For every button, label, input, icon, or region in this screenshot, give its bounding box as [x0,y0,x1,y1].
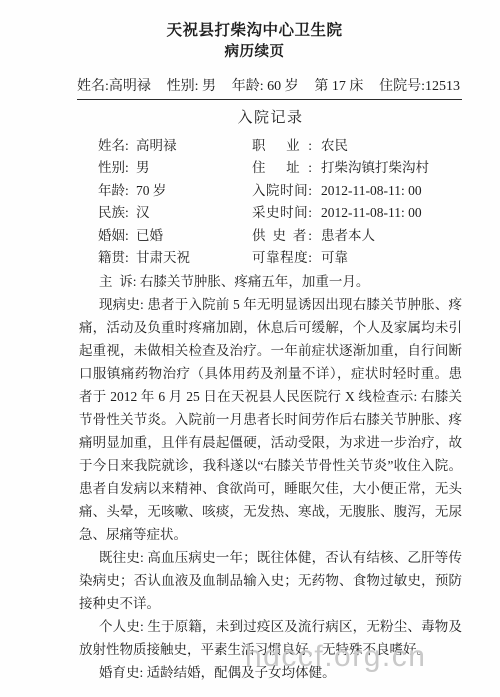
personal-history-label: 个人史: [99,619,147,634]
info-row-gender-address: 性别: 男 住 址: 打柴沟镇打柴沟村 [98,157,462,179]
chief-complaint-text: 右膝关节肿胀、疼痛五年，加重一月。 [140,274,370,289]
info-row-ethnicity-history-time: 民族: 汉 采史时间: 2012-11-08-11: 00 [98,202,462,224]
watermark-text: hdccf.org.cn [245,640,426,674]
admission-record-title: 入院记录 [79,110,462,126]
info-row-marriage-historian: 婚姻: 已婚 供 史 者: 患者本人 [98,225,462,247]
info-row-age-admission-time: 年龄: 70 岁 入院时间: 2012-11-08-11: 00 [98,180,462,202]
marriage-value: 已婚 [136,225,252,247]
record-paragraphs: 主 诉: 右膝关节肿胀、疼痛五年，加重一月。 现病史: 患者于入院前 5 年无明… [79,270,462,684]
occupation-label: 职 业: [252,135,312,157]
admission-info-table: 姓名: 高明禄 职 业: 农民 性别: 男 住 址: 打柴沟镇打柴沟村 年龄: … [98,135,462,269]
document-header: 天祝县打柴沟中心卫生院 病历续页 [47,20,462,62]
ethnicity-label: 民族: [98,202,136,224]
admission-number: 住院号:12513 [379,79,460,95]
marriage-label: 婚姻: [98,225,136,247]
present-illness-text: 患者于入院前 5 年无明显诱因出现右膝关节肿胀、疼痛，活动及负重时疼痛加剧，休息… [79,297,462,542]
gender-value: 男 [136,157,252,179]
historian-value: 患者本人 [312,225,462,247]
patient-name: 姓名:高明禄 [77,79,151,95]
patient-gender: 性别: 男 [167,79,216,95]
info-row-birthplace-reliability: 籍贯: 甘肃天祝 可靠程度: 可靠 [98,247,462,269]
info-row-name-occupation: 姓名: 高明禄 职 业: 农民 [98,135,462,157]
address-label: 住 址: [252,157,312,179]
name-label: 姓名: [98,135,136,157]
admission-time-value: 2012-11-08-11: 00 [312,180,462,202]
marital-history-label: 婚育史: [99,665,147,680]
present-illness-label: 现病史: [99,297,147,312]
age-value: 70 岁 [136,180,252,202]
patient-age: 年龄: 60 岁 [232,79,299,95]
reliability-label: 可靠程度: [252,247,312,269]
page-title: 病历续页 [47,43,462,62]
birthplace-value: 甘肃天祝 [136,247,252,269]
birthplace-label: 籍贯: [98,247,136,269]
history-time-label: 采史时间: [252,202,312,224]
reliability-value: 可靠 [312,247,462,269]
historian-label: 供 史 者: [252,225,312,247]
chief-complaint-label: 主 诉: [99,274,140,289]
gender-label: 性别: [98,157,136,179]
patient-bed-number: 第 17 床 [314,79,363,95]
medical-record-page: 天祝县打柴沟中心卫生院 病历续页 姓名:高明禄 性别: 男 年龄: 60 岁 第… [0,0,500,697]
ethnicity-value: 汉 [136,202,252,224]
past-history-paragraph: 既往史: 高血压病史一年；既往体健，否认有结核、乙肝等传染病史；否认血液及血制品… [79,546,462,615]
name-value: 高明禄 [136,135,252,157]
present-illness-paragraph: 现病史: 患者于入院前 5 年无明显诱因出现右膝关节肿胀、疼痛，活动及负重时疼痛… [79,293,462,546]
occupation-value: 农民 [312,135,462,157]
document-body: 天祝县打柴沟中心卫生院 病历续页 姓名:高明禄 性别: 男 年龄: 60 岁 第… [0,0,500,684]
address-value: 打柴沟镇打柴沟村 [312,157,462,179]
age-label: 年龄: [98,180,136,202]
hospital-name: 天祝县打柴沟中心卫生院 [47,20,462,41]
patient-info-bar: 姓名:高明禄 性别: 男 年龄: 60 岁 第 17 床 住院号:12513 [77,79,462,100]
admission-time-label: 入院时间: [252,180,312,202]
chief-complaint-paragraph: 主 诉: 右膝关节肿胀、疼痛五年，加重一月。 [79,270,462,293]
history-time-value: 2012-11-08-11: 00 [312,202,462,224]
past-history-label: 既往史: [99,550,147,565]
